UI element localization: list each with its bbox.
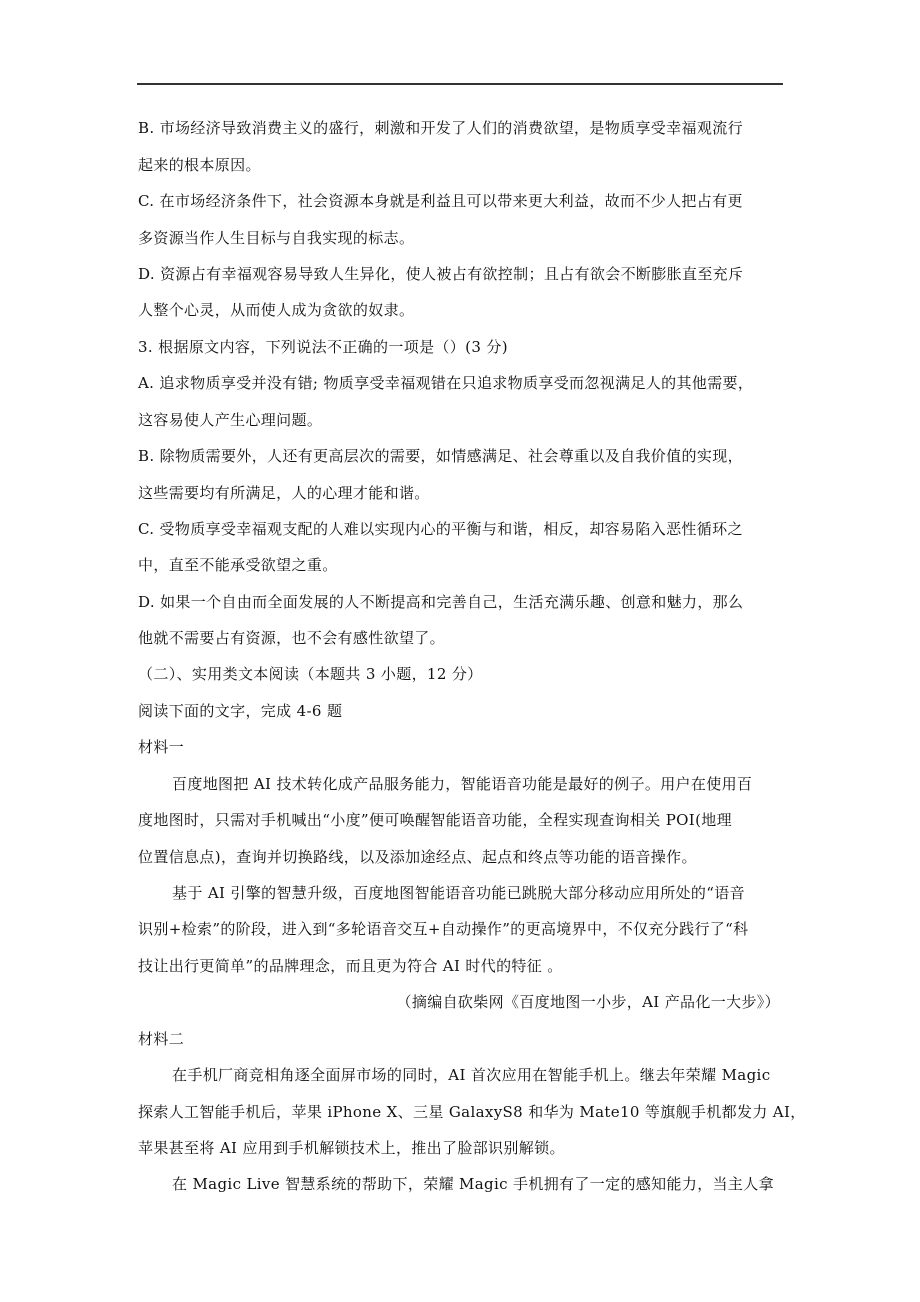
text-line: 在 Magic Live 智慧系统的帮助下，荣耀 Magic 手机拥有了一定的感…	[172, 1174, 774, 1194]
text-line: 3. 根据原文内容，下列说法不正确的一项是（）(3 分)	[138, 337, 508, 357]
text-line: 百度地图把 AI 技术转化成产品服务能力，智能语音功能是最好的例子。用户在使用百	[172, 774, 752, 794]
text-line: 人整个心灵，从而使人成为贪欲的奴隶。	[138, 300, 414, 320]
text-line: B. 市场经济导致消费主义的盛行，刺激和开发了人们的消费欲望，是物质享受幸福观流…	[138, 118, 743, 138]
text-line: 在手机厂商竞相角逐全面屏市场的同时，AI 首次应用在智能手机上。继去年荣耀 Ma…	[172, 1065, 770, 1085]
text-line: （摘编自砍柴网《百度地图一小步，AI 产品化一大步》）	[397, 992, 780, 1012]
text-line: 他就不需要占有资源，也不会有感性欲望了。	[138, 628, 445, 648]
text-line: 苹果甚至将 AI 应用到手机解锁技术上，推出了脸部识别解锁。	[138, 1138, 565, 1158]
text-line: C. 在市场经济条件下，社会资源本身就是利益且可以带来更大利益，故而不少人把占有…	[138, 191, 743, 211]
text-line: 中，直至不能承受欲望之重。	[138, 555, 338, 575]
text-line: 探索人工智能手机后，苹果 iPhone X、三星 GalaxyS8 和华为 Ma…	[138, 1102, 806, 1122]
text-line: （二）、实用类文本阅读（本题共 3 小题，12 分）	[138, 664, 483, 684]
text-line: D. 资源占有幸福观容易导致人生异化，使人被占有欲控制；且占有欲会不断膨胀直至充…	[138, 264, 743, 284]
text-line: 材料一	[138, 737, 184, 757]
text-line: B. 除物质需要外，人还有更高层次的需要，如情感满足、社会尊重以及自我价值的实现…	[138, 446, 743, 466]
header-rule	[137, 83, 783, 85]
text-line: 这容易使人产生心理问题。	[138, 410, 322, 430]
text-line: 这些需要均有所满足，人的心理才能和谐。	[138, 483, 430, 503]
text-line: 起来的根本原因。	[138, 155, 261, 175]
text-line: 材料二	[138, 1029, 184, 1049]
text-line: C. 受物质享受幸福观支配的人难以实现内心的平衡与和谐，相反，却容易陷入恶性循环…	[138, 519, 743, 539]
text-line: 度地图时，只需对手机喊出“小度”便可唤醒智能语音功能，全程实现查询相关 POI(…	[138, 810, 732, 830]
text-line: 阅读下面的文字，完成 4-6 题	[138, 701, 342, 721]
text-line: 位置信息点)，查询并切换路线，以及添加途经点、起点和终点等功能的语音操作。	[138, 847, 697, 867]
text-line: 技让出行更简单”的品牌理念，而且更为符合 AI 时代的特征 。	[138, 956, 563, 976]
text-line: A. 追求物质享受并没有错; 物质享受幸福观错在只追求物质享受而忽视满足人的其他…	[138, 373, 753, 393]
text-line: D. 如果一个自由而全面发展的人不断提高和完善自己，生活充满乐趣、创意和魅力，那…	[138, 592, 743, 612]
text-line: 多资源当作人生目标与自我实现的标志。	[138, 228, 414, 248]
text-line: 基于 AI 引擎的智慧升级，百度地图智能语音功能已跳脱大部分移动应用所处的“语音	[172, 883, 745, 903]
text-line: 识别+检索”的阶段，进入到“多轮语音交互+自动操作”的更高境界中，不仅充分践行了…	[138, 919, 749, 939]
